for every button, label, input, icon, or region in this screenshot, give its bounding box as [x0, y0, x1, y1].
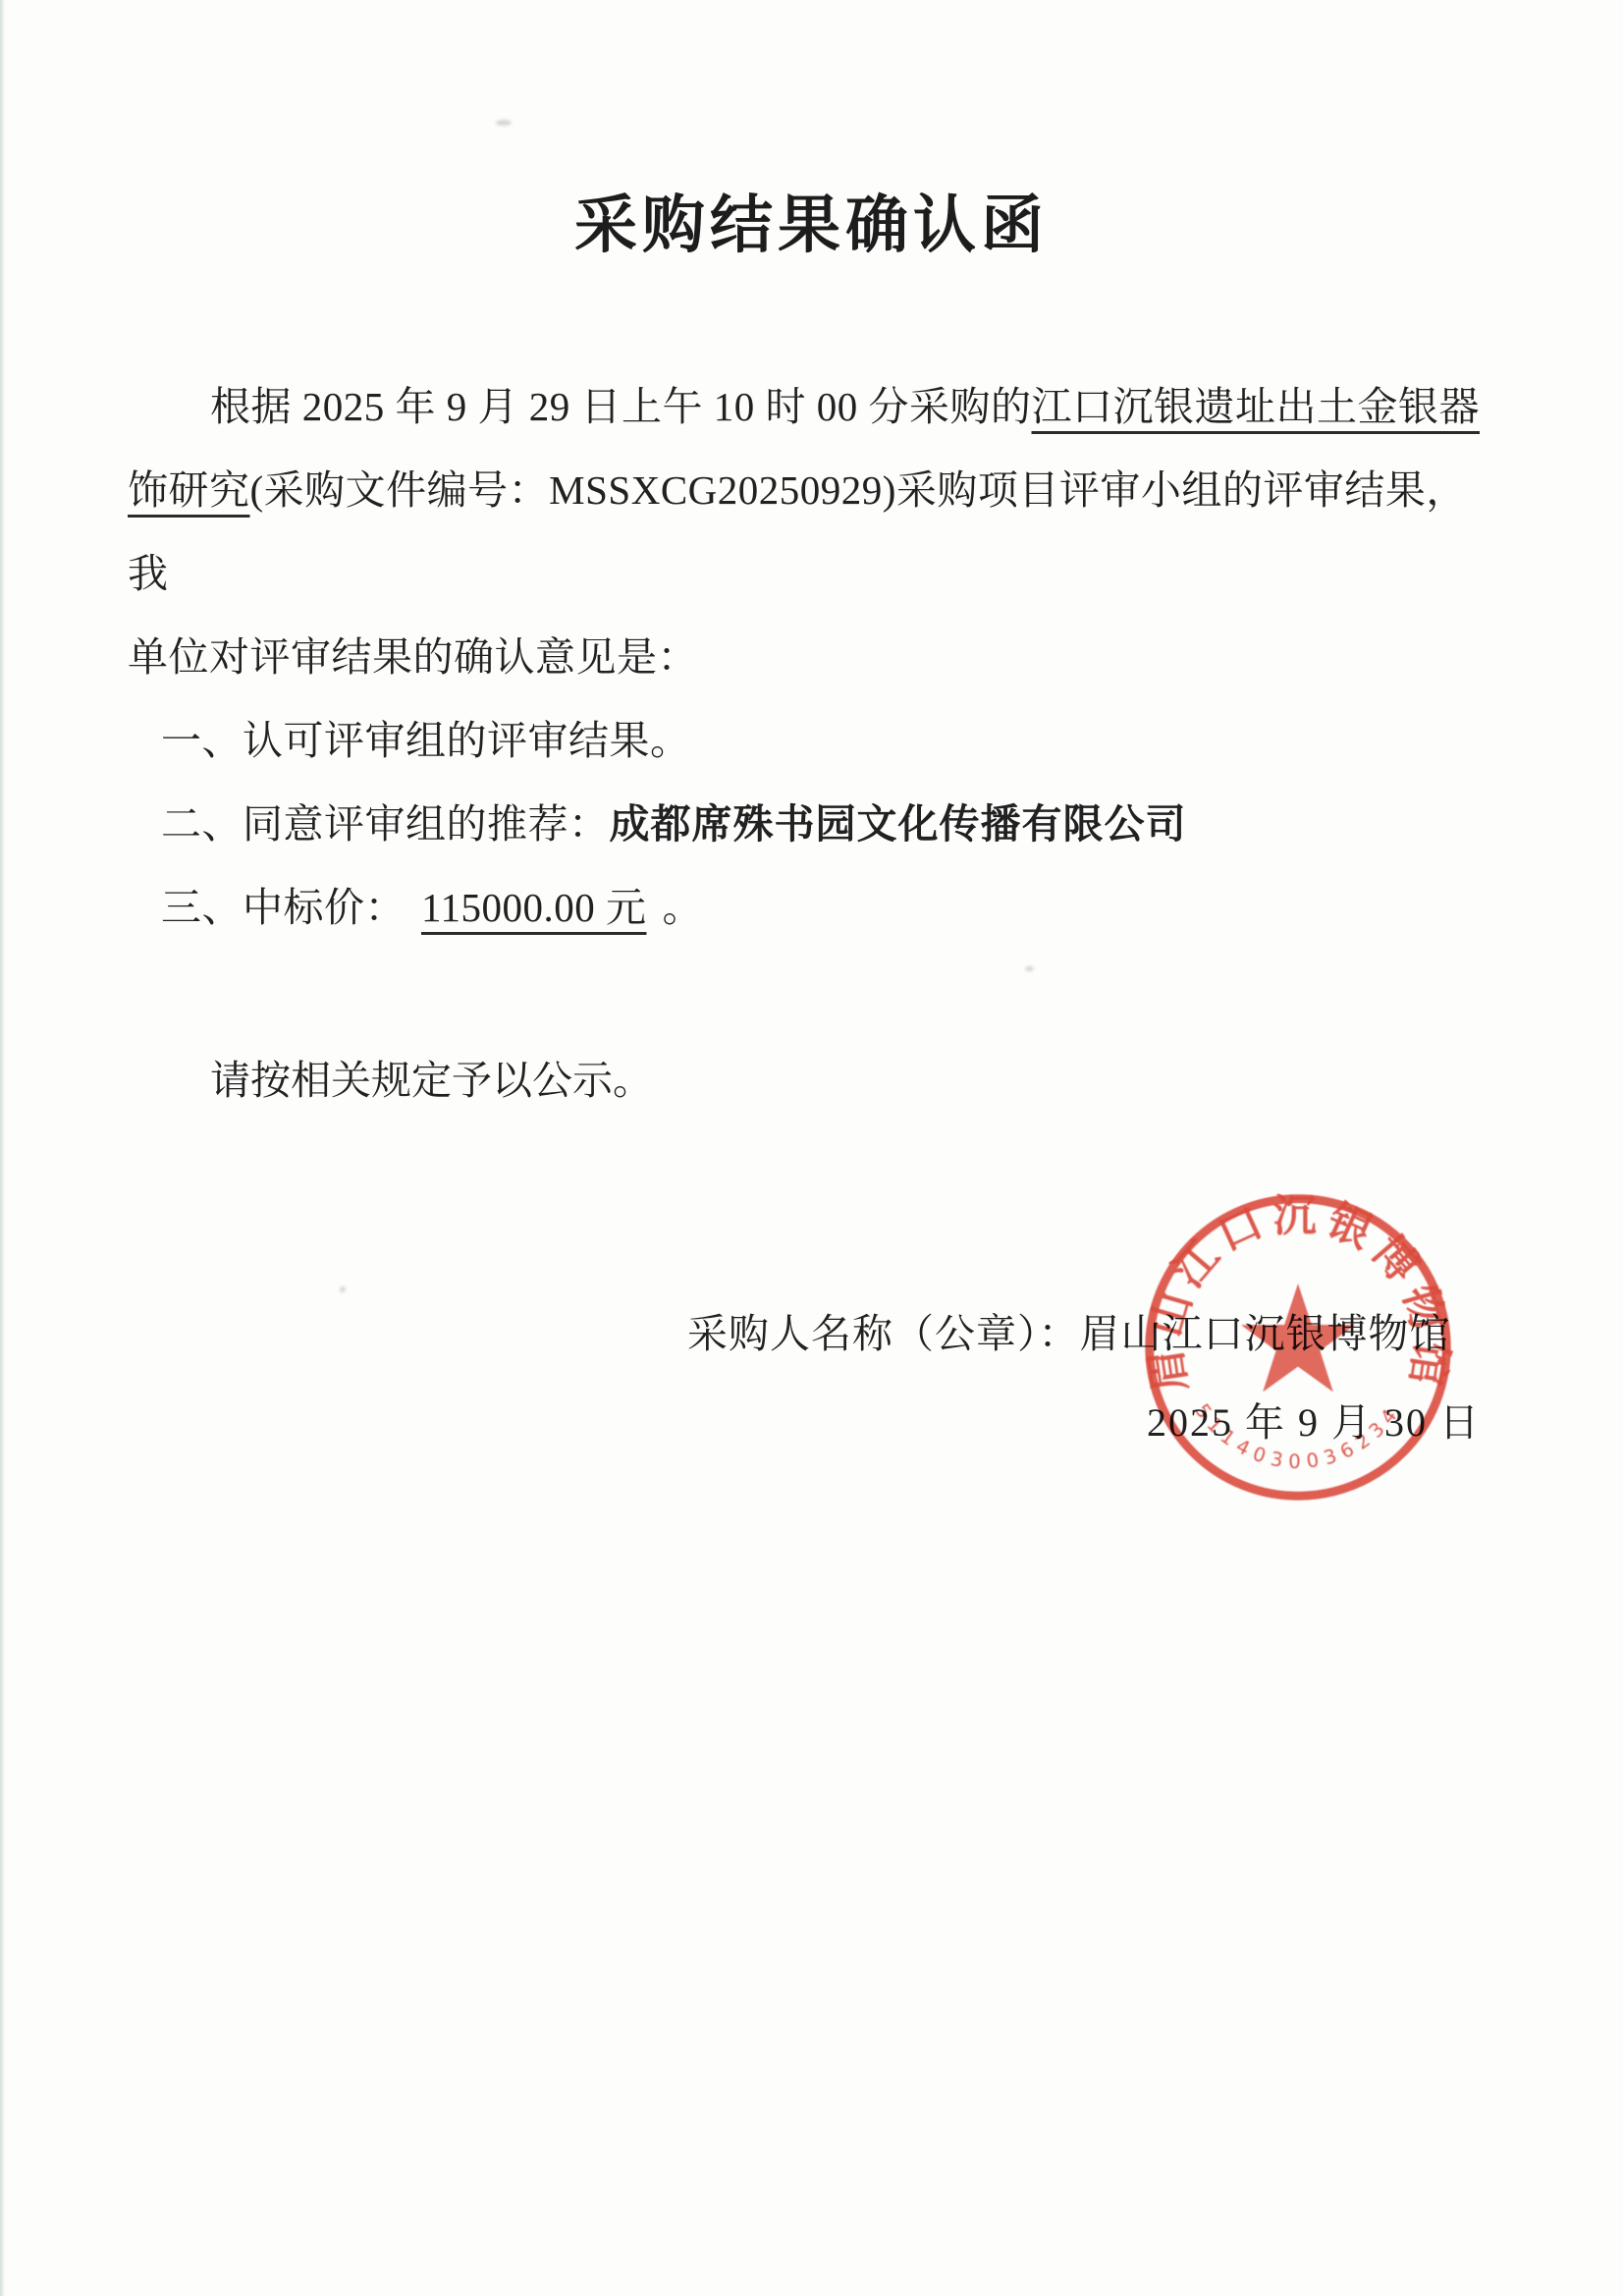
paragraph-line-1: 根据 2025 年 9 月 29 日上午 10 时 00 分采购的江口沉银遗址出… [128, 365, 1500, 449]
paragraph-line-2: 饰研究(采购文件编号：MSSXCG20250929)采购项目评审小组的评审结果，… [128, 449, 1500, 616]
signature-label: 采购人名称（公章）： [687, 1311, 1080, 1356]
scan-speck [496, 120, 512, 126]
scan-speck [1025, 966, 1034, 971]
list-item-3-label: 三、中标价： [161, 885, 406, 930]
signature-line: 采购人名称（公章）：眉山江口沉银博物馆 [687, 1292, 1451, 1376]
list-item-2: 二、同意评审组的推荐：成都席殊书园文化传播有限公司 [128, 783, 1500, 866]
paragraph-line-3: 单位对评审结果的确认意见是： [128, 616, 1500, 699]
document-page: 采购结果确认函 根据 2025 年 9 月 29 日上午 10 时 00 分采购… [0, 0, 1623, 2296]
project-name-continued-underlined: 饰研究 [128, 467, 250, 513]
list-item-3-period: 。 [662, 885, 703, 930]
notice-line: 请按相关规定予以公示。 [128, 1039, 653, 1122]
purchaser-name: 眉山江口沉银博物馆 [1080, 1311, 1451, 1356]
list-item-3: 三、中标价：115000.00 元。 [128, 866, 1500, 950]
signature-date: 2025 年 9 月 30 日 [1147, 1381, 1481, 1464]
project-name-underlined: 江口沉银遗址出土金银器 [1032, 384, 1481, 429]
page-title: 采购结果确认函 [0, 175, 1623, 265]
paragraph-line-2-text: (采购文件编号：MSSXCG20250929)采购项目评审小组的评审结果，我 [128, 467, 1467, 596]
company-name: 成都席殊书园文化传播有限公司 [610, 801, 1187, 847]
list-item-1: 一、认可评审组的评审结果。 [128, 699, 1500, 783]
list-item-2-label: 二、同意评审组的推荐： [161, 801, 610, 847]
scan-speck [340, 1286, 346, 1292]
paragraph-line-1-text: 根据 2025 年 9 月 29 日上午 10 时 00 分采购的 [210, 384, 1032, 429]
scan-edge-artifact [0, 0, 5, 2296]
bid-price: 115000.00 元 [406, 885, 662, 930]
body-text: 根据 2025 年 9 月 29 日上午 10 时 00 分采购的江口沉银遗址出… [128, 365, 1500, 950]
